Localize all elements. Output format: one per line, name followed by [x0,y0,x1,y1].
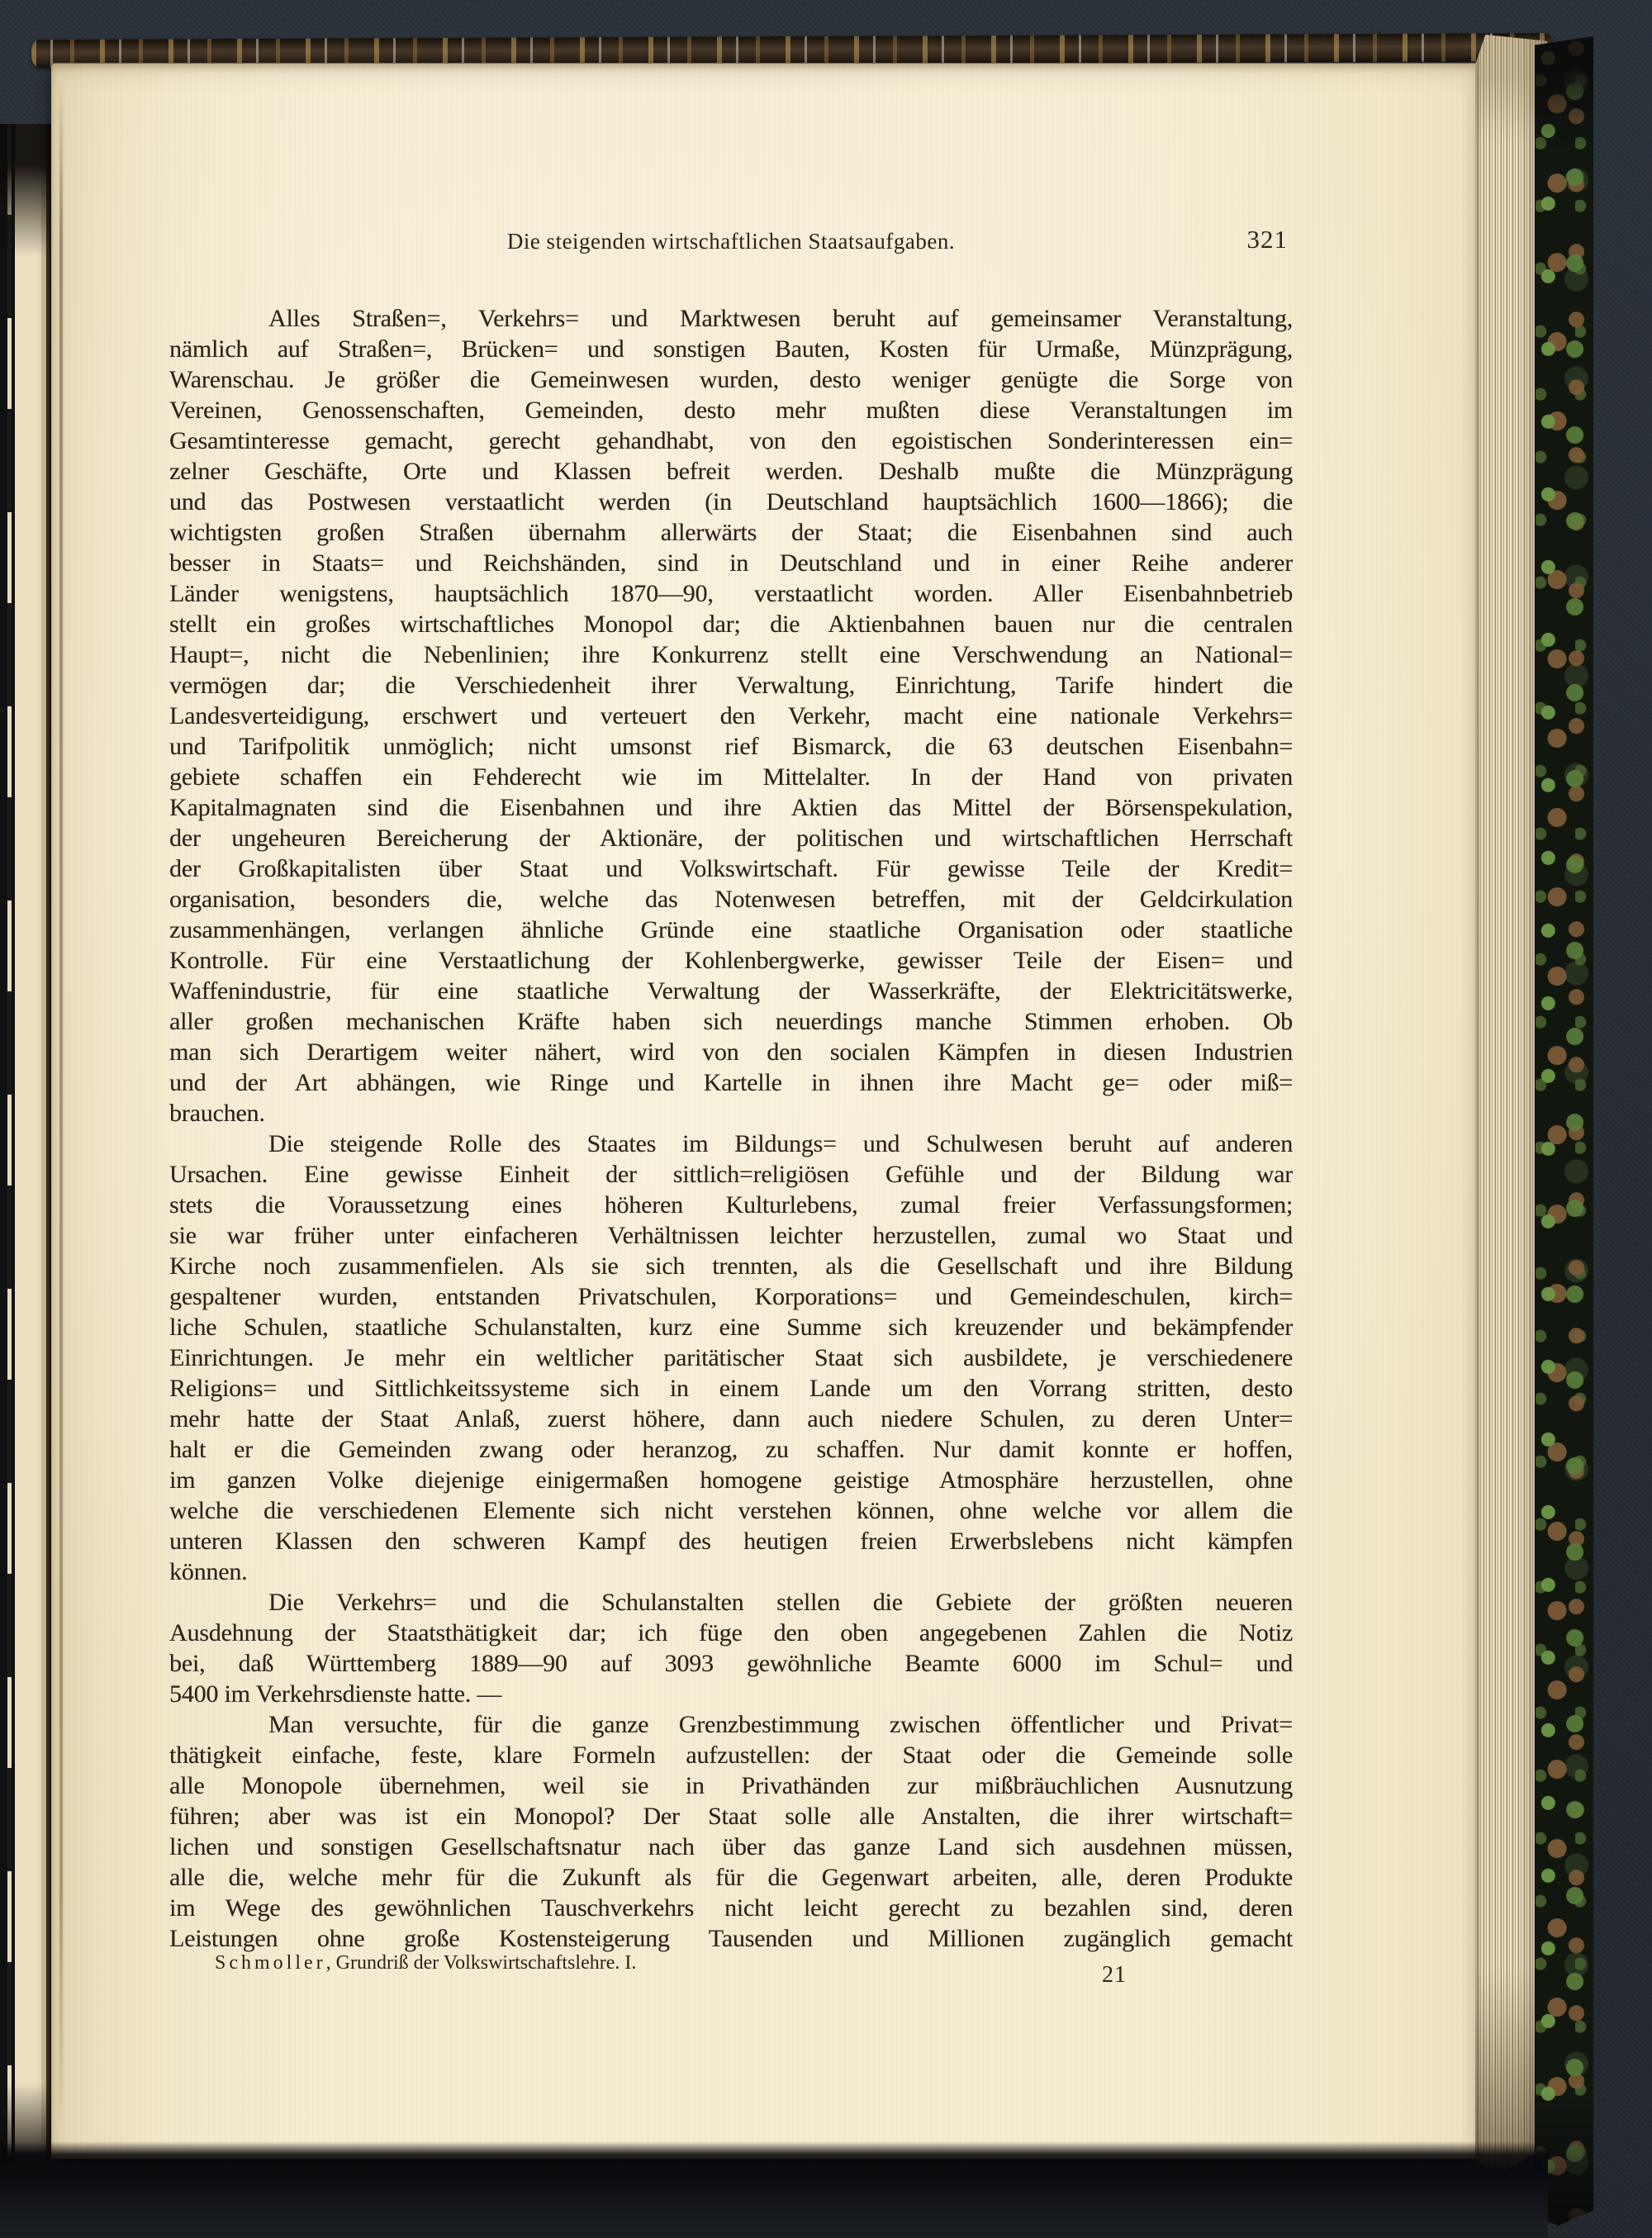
text-line: Kontrolle. Für eine Verstaatlichung der … [169,945,1293,976]
text-line: 5400 im Verkehrsdienste hatte. — [169,1679,1293,1709]
gutter-crease [59,79,63,2136]
text-line: thätigkeit einfache, feste, klare Formel… [169,1740,1293,1770]
text-line: Religions= und Sittlichkeitssysteme sich… [169,1373,1293,1404]
text-line: und der Art abhängen, wie Ringe und Kart… [169,1067,1293,1098]
text-line: Haupt=, nicht die Nebenlinien; ihre Konk… [169,639,1293,670]
text-line: Landesverteidigung, erschwert und verteu… [169,701,1293,731]
footer-author: Schmoller [215,1952,326,1974]
text-body: Alles Straßen=, Verkehrs= und Marktwesen… [169,303,1293,1954]
text-line: vermögen dar; die Verschiedenheit ihrer … [169,670,1293,701]
left-page-edges [0,124,51,2164]
book-photograph: Die steigenden wirtschaftlichen Staatsau… [0,0,1652,2238]
text-line: sie war früher unter einfacheren Verhält… [169,1220,1293,1251]
text-line: mehr hatte der Staat Anlaß, zuerst höher… [169,1404,1293,1434]
text-line: Man versuchte, für die ganze Grenzbestim… [169,1709,1293,1740]
text-line: der Großkapitalisten über Staat und Volk… [169,853,1293,884]
text-line: lichen und sonstigen Gesellschaftsnatur … [169,1832,1293,1862]
text-line: und das Postwesen verstaatlicht werden (… [169,487,1293,517]
signature-mark: 21 [1102,1962,1127,1989]
text-line: aller großen mechanischen Kräfte haben s… [169,1006,1293,1037]
text-line: Leistungen ohne große Kostensteigerung T… [169,1923,1293,1954]
page-number: 321 [1247,225,1289,254]
text-line: Ausdehnung der Staatsthätigkeit dar; ich… [169,1618,1293,1648]
text-line: man sich Derartigem weiter nähert, wird … [169,1037,1293,1067]
text-line: bei, daß Württemberg 1889—90 auf 3093 ge… [169,1648,1293,1679]
text-line: Die steigende Rolle des Staates im Bildu… [169,1129,1293,1159]
text-line: führen; aber was ist ein Monopol? Der St… [169,1801,1293,1832]
text-line: wichtigsten großen Straßen übernahm alle… [169,517,1293,548]
text-line: besser in Staats= und Reichshänden, sind… [169,548,1293,578]
text-line: Länder wenigstens, hauptsächlich 1870—90… [169,578,1293,609]
text-line: Gesamtinteresse gemacht, gerecht gehandh… [169,425,1293,456]
text-line: halt er die Gemeinden zwang oder heranzo… [169,1434,1293,1465]
text-line: und Tarifpolitik unmöglich; nicht umsons… [169,731,1293,762]
text-line: im Wege des gewöhnlichen Tauschverkehrs … [169,1893,1293,1923]
text-line: stets die Voraussetzung eines höheren Ku… [169,1190,1293,1220]
text-line: Warenschau. Je größer die Gemeinwesen wu… [169,364,1293,395]
marbled-cover [1535,36,1593,2226]
text-line: stellt ein großes wirtschaftliches Monop… [169,609,1293,639]
text-line: Ursachen. Eine gewisse Einheit der sittl… [169,1159,1293,1190]
text-line: welche die verschiedenen Elemente sich n… [169,1495,1293,1526]
text-line: Vereinen, Genossenschaften, Gemeinden, d… [169,395,1293,425]
bottom-shadow [0,2141,1548,2238]
page-footer: Schmoller, Grundriß der Volkswirtschafts… [215,1952,636,1974]
text-line: Die Verkehrs= und die Schulanstalten ste… [169,1587,1293,1618]
text-line: Waffenindustrie, für eine staatliche Ver… [169,976,1293,1006]
text-line: gespaltener wurden, entstanden Privatsch… [169,1281,1293,1312]
text-line: gebiete schaffen ein Fehderecht wie im M… [169,762,1293,792]
footer-imprint: , Grundriß der Volkswirtschaftslehre. I. [326,1952,637,1974]
book-page: Die steigenden wirtschaftlichen Staatsau… [51,63,1479,2159]
text-line: Alles Straßen=, Verkehrs= und Marktwesen… [169,303,1293,334]
text-line: unteren Klassen den schweren Kampf des h… [169,1526,1293,1556]
text-line: Kirche noch zusammenfielen. Als sie sich… [169,1251,1293,1281]
text-line: alle die, welche mehr für die Zukunft al… [169,1862,1293,1893]
text-line: der ungeheuren Bereicherung der Aktionär… [169,823,1293,853]
text-line: liche Schulen, staatliche Schulanstalten… [169,1312,1293,1342]
text-line: nämlich auf Straßen=, Brücken= und sonst… [169,334,1293,364]
text-line: im ganzen Volke diejenige einigermaßen h… [169,1465,1293,1495]
text-line: zusammenhängen, verlangen ähnliche Gründ… [169,915,1293,945]
running-head: Die steigenden wirtschaftlichen Staatsau… [169,229,1293,265]
text-line: zelner Geschäfte, Orte und Klassen befre… [169,456,1293,487]
text-line: organisation, besonders die, welche das … [169,884,1293,915]
running-title: Die steigenden wirtschaftlichen Staatsau… [169,229,1293,254]
text-line: alle Monopole übernehmen, weil sie in Pr… [169,1770,1293,1801]
text-line: brauchen. [169,1098,1293,1129]
text-line: Kapitalmagnaten sind die Eisenbahnen und… [169,792,1293,823]
text-line: können. [169,1556,1293,1587]
text-line: Einrichtungen. Je mehr ein weltlicher pa… [169,1342,1293,1373]
